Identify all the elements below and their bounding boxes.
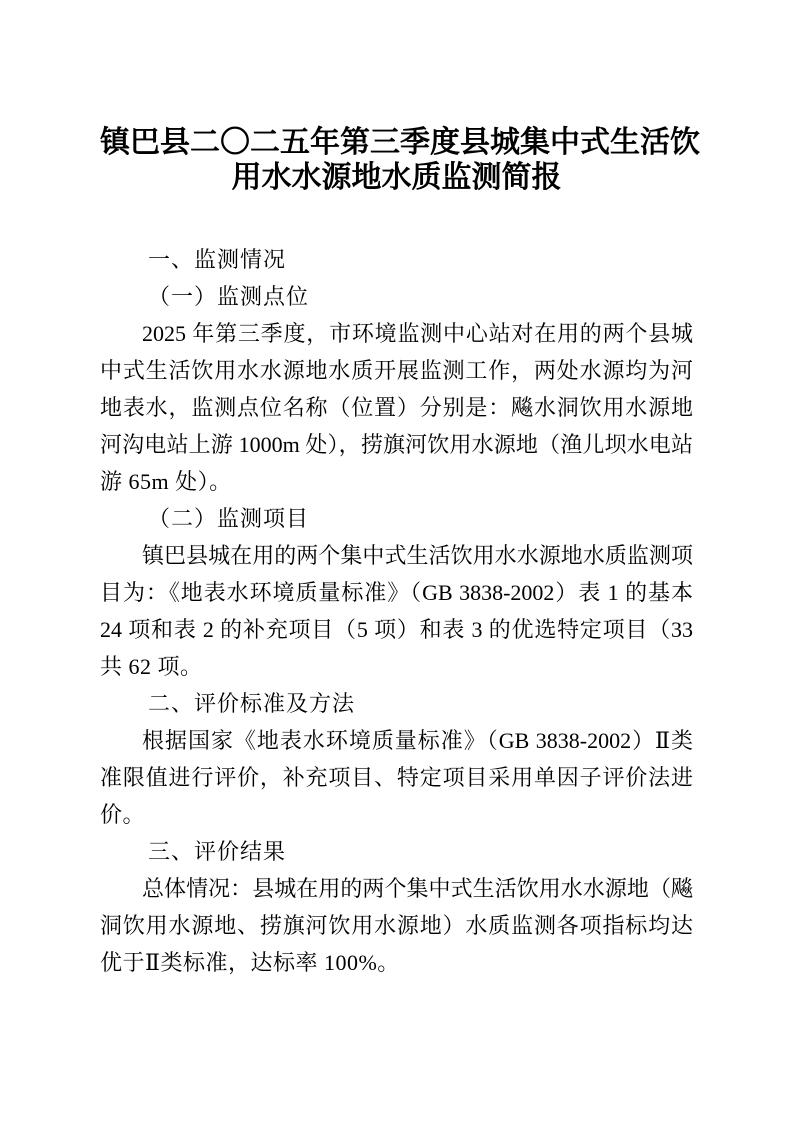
paragraph-line: 2025 年第三季度，市环境监测中心站对在用的两个县城集 — [100, 315, 693, 352]
section-heading: 三、评价结果 — [100, 833, 693, 870]
paragraph-line: 游 65m 处）。 — [100, 463, 693, 500]
paragraph-line: 地表水，监测点位名称（位置）分别是：飚水洞饮用水源地（水 — [100, 389, 693, 426]
document-body: 镇巴县二〇二五年第三季度县城集中式生活饮 用水水源地水质监测简报 一、监测情况 … — [100, 125, 693, 981]
section-heading: 二、评价标准及方法 — [100, 685, 693, 722]
document-title-line2: 用水水源地水质监测简报 — [100, 160, 693, 195]
paragraph-line: 价。 — [100, 796, 693, 833]
subsection-heading: （一）监测点位 — [100, 278, 693, 315]
paragraph-line: 河沟电站上游 1000m 处），捞旗河饮用水源地（渔儿坝水电站下 — [100, 426, 693, 463]
paragraph-line: 根据国家《地表水环境质量标准》（GB 3838-2002）Ⅱ类标 — [100, 722, 693, 759]
section-heading: 一、监测情况 — [100, 241, 693, 278]
document-content: 一、监测情况 （一）监测点位 2025 年第三季度，市环境监测中心站对在用的两个… — [100, 241, 693, 981]
paragraph-line: 目为：《地表水环境质量标准》（GB 3838-2002）表 1 的基本项目 — [100, 574, 693, 611]
subsection-heading: （二）监测项目 — [100, 500, 693, 537]
paragraph-line: 24 项和表 2 的补充项目（5 项）和表 3 的优选特定项目（33 项）， — [100, 611, 693, 648]
paragraph-line: 准限值进行评价，补充项目、特定项目采用单因子评价法进行评 — [100, 759, 693, 796]
paragraph-line: 镇巴县城在用的两个集中式生活饮用水水源地水质监测项 — [100, 537, 693, 574]
paragraph-line: 总体情况：县城在用的两个集中式生活饮用水水源地（飚水 — [100, 870, 693, 907]
paragraph-line: 中式生活饮用水水源地水质开展监测工作，两处水源均为河流型 — [100, 352, 693, 389]
paragraph-line: 洞饮用水源地、捞旗河饮用水源地）水质监测各项指标均达到或 — [100, 907, 693, 944]
document-title-line1: 镇巴县二〇二五年第三季度县城集中式生活饮 — [100, 125, 693, 160]
document-title: 镇巴县二〇二五年第三季度县城集中式生活饮 用水水源地水质监测简报 — [100, 125, 693, 195]
paragraph-line: 共 62 项。 — [100, 648, 693, 685]
document-page: 镇巴县二〇二五年第三季度县城集中式生活饮 用水水源地水质监测简报 一、监测情况 … — [0, 0, 793, 1122]
paragraph-line: 优于Ⅱ类标准，达标率 100%。 — [100, 944, 693, 981]
